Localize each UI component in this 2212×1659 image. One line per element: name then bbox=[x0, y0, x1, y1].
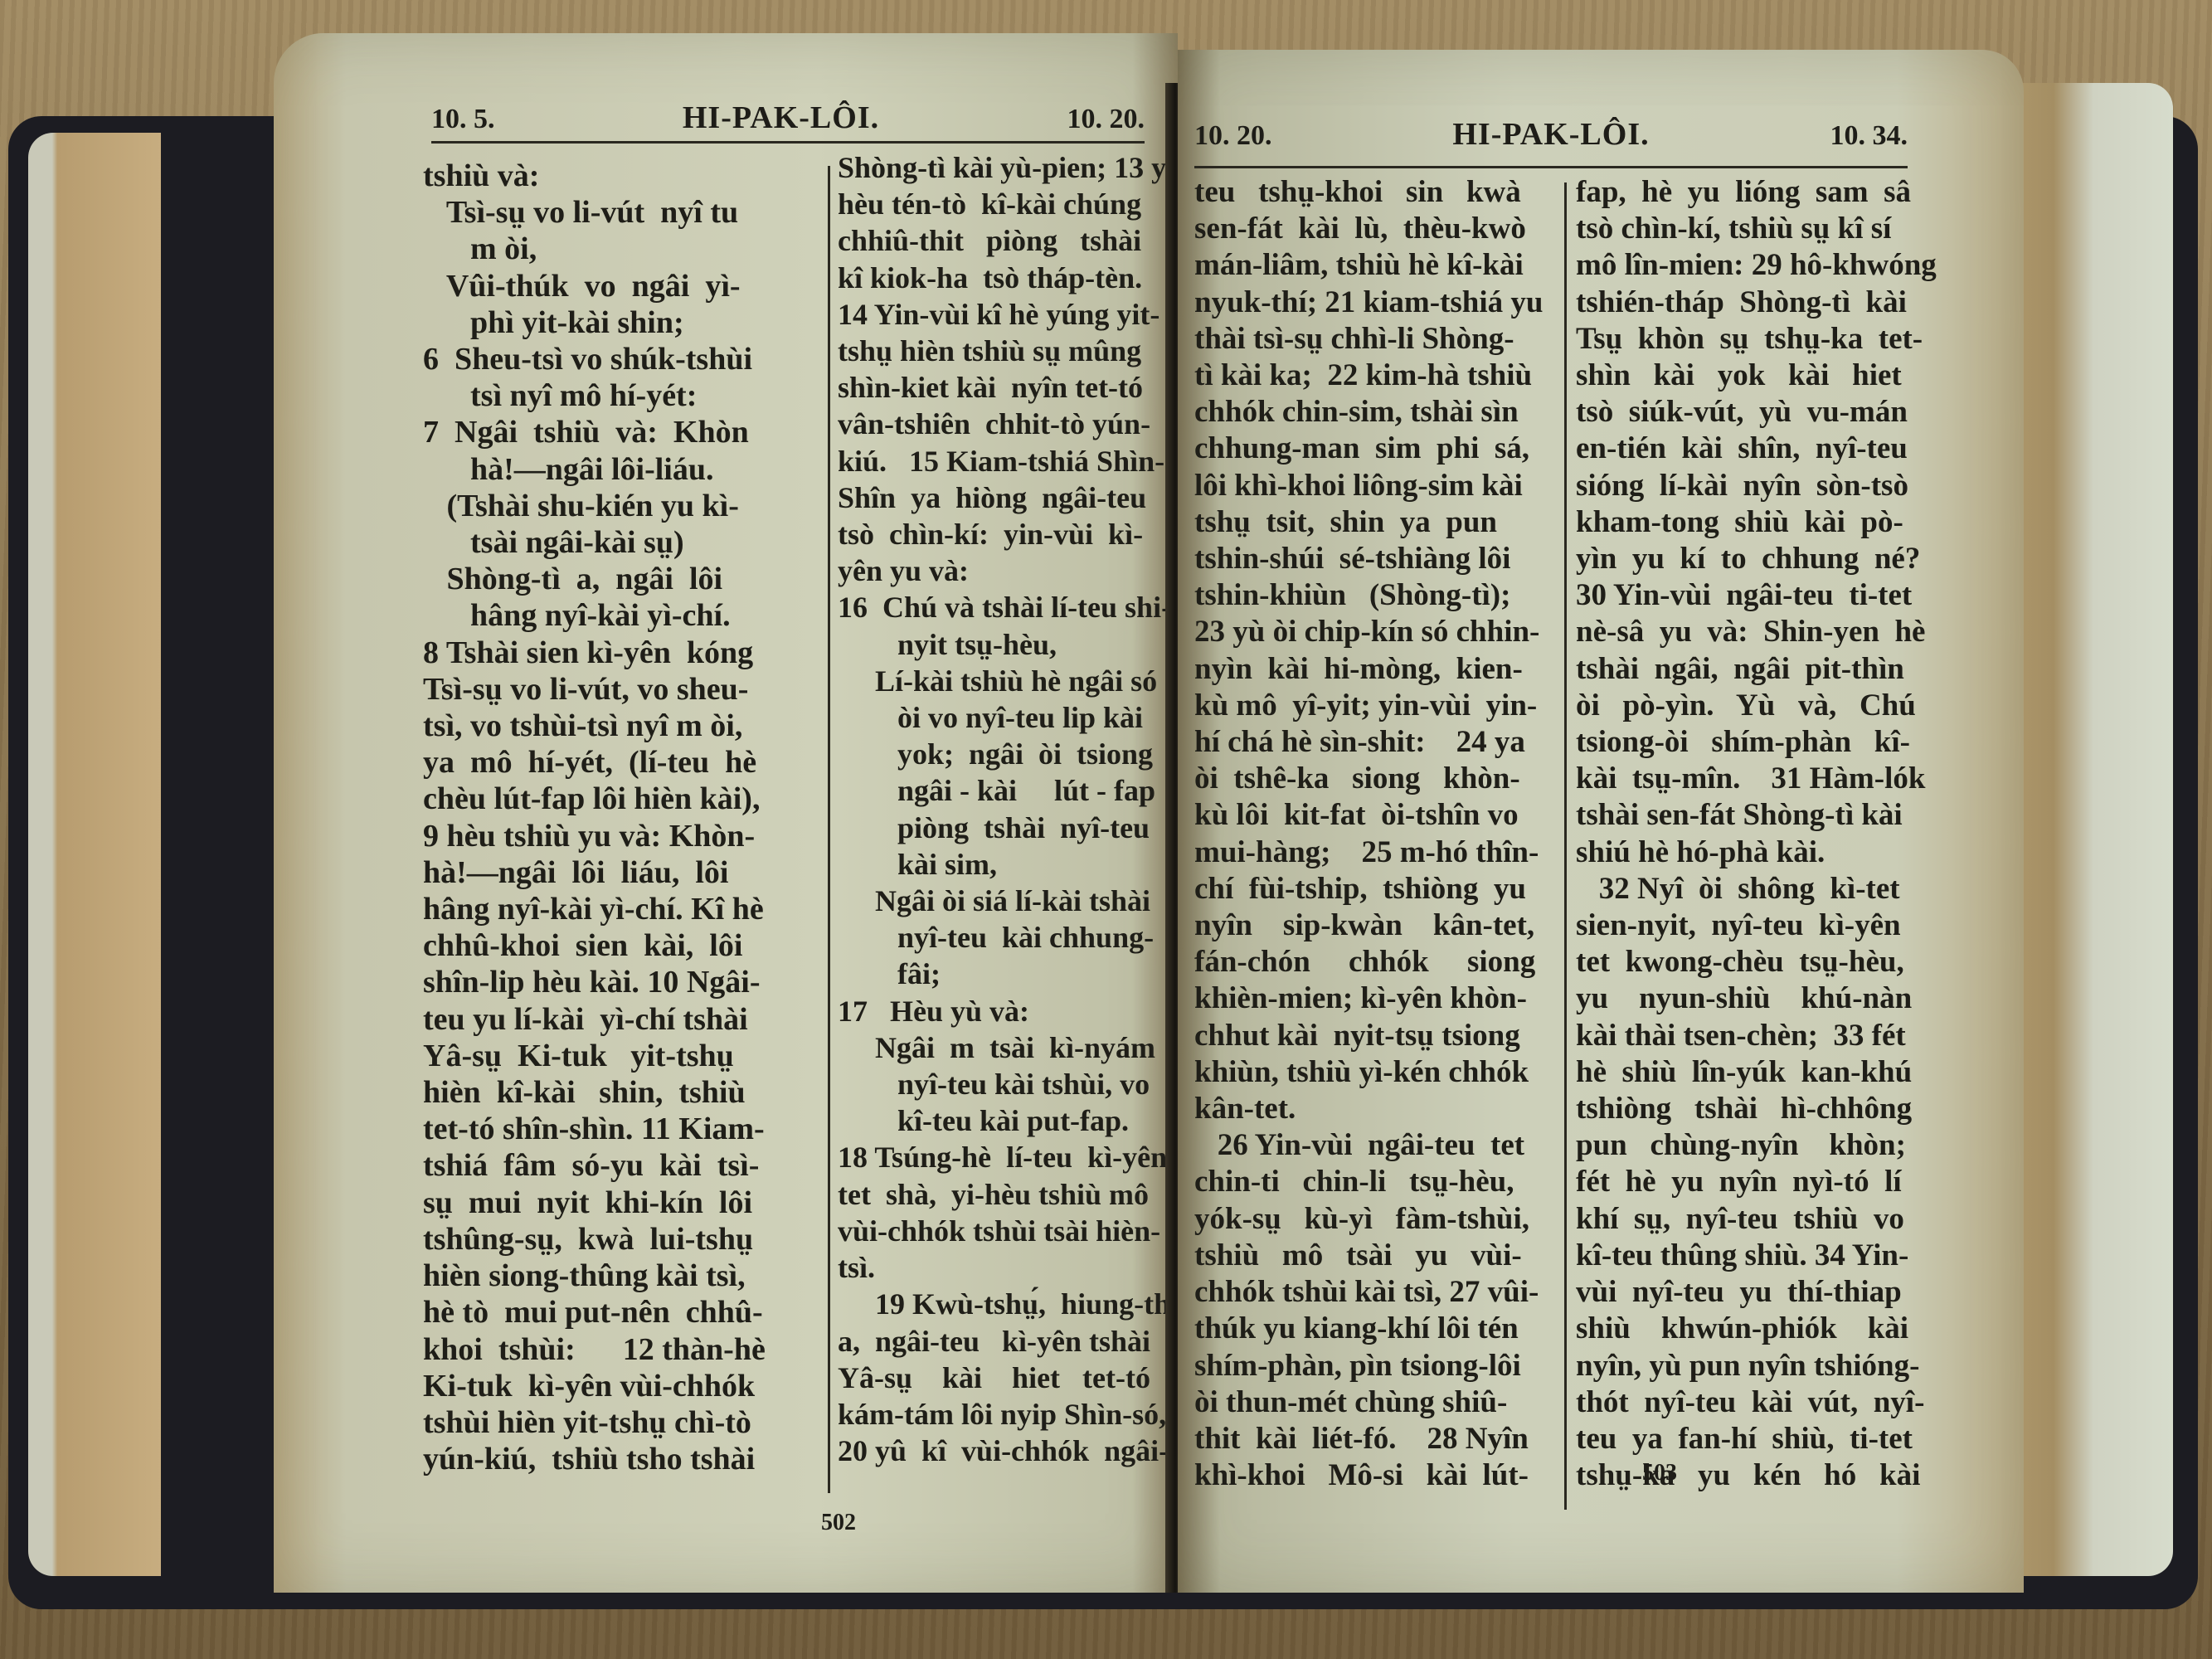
running-title: HI-PAK-LÔI. bbox=[683, 100, 879, 136]
running-title-right: HI-PAK-LÔI. bbox=[1452, 116, 1649, 153]
page-number-right: 503 bbox=[1642, 1460, 1677, 1486]
column-divider bbox=[828, 166, 830, 1493]
left-page-column-1: tshiù và: Tsì-sṳ vo li-vút nyî tu m òi, … bbox=[423, 158, 821, 1477]
page-block-left-edge bbox=[28, 133, 161, 1576]
left-running-head: 10. 5. HI-PAK-LÔI. 10. 20. bbox=[431, 100, 1145, 136]
header-rule bbox=[431, 141, 1145, 144]
left-page: 10. 5. HI-PAK-LÔI. 10. 20. tshiù và: Tsì… bbox=[274, 33, 1178, 1593]
left-page-column-2: Shòng-tì kài yù-pien; 13 yi- hèu tén-tò … bbox=[838, 149, 1169, 1469]
header-rule-right bbox=[1194, 166, 1908, 168]
right-page: 10. 20. HI-PAK-LÔI. 10. 34. teu tshṳ-kho… bbox=[1178, 50, 2024, 1593]
right-header-chapter-verse-end: 10. 34. bbox=[1830, 120, 1908, 152]
right-running-head: 10. 20. HI-PAK-LÔI. 10. 34. bbox=[1194, 116, 1908, 153]
right-header-chapter-verse-start: 10. 20. bbox=[1194, 120, 1272, 152]
left-header-chapter-verse-start: 10. 5. bbox=[431, 104, 495, 135]
right-page-column-2: fap, hè yu lióng sam sâ tsò chìn-kí, tsh… bbox=[1576, 174, 1957, 1494]
column-divider-right bbox=[1564, 182, 1567, 1510]
left-header-chapter-verse-end: 10. 20. bbox=[1067, 104, 1145, 135]
right-page-column-1: teu tshṳ-khoi sin kwà sen-fát kài lù, th… bbox=[1194, 174, 1576, 1494]
page-number-left: 502 bbox=[821, 1510, 856, 1536]
